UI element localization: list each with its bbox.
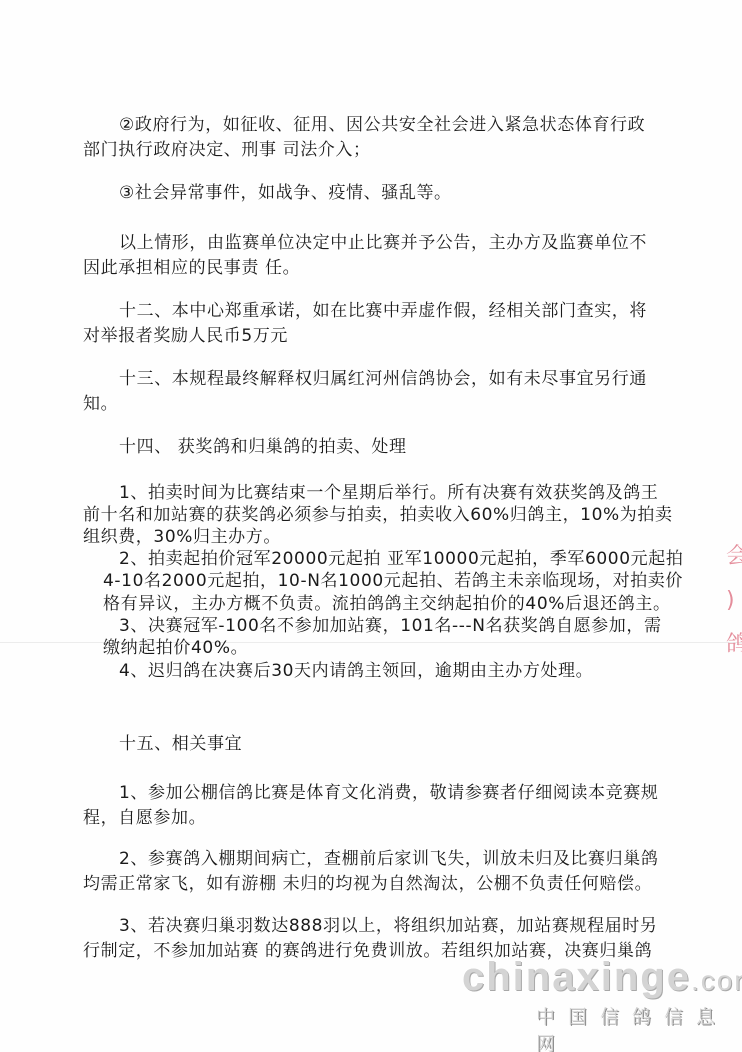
- stamp-glyph: 会: [726, 535, 742, 579]
- text-line: 4、迟归鸽在决赛后30天内请鸽主领回，逾期由主办方处理。: [119, 660, 593, 682]
- text-line: 程，自愿参加。: [83, 807, 206, 829]
- stamp-glyph: ): [726, 579, 742, 623]
- text-line: 因此承担相应的民事责 任。: [83, 257, 300, 279]
- text-line: 格有异议，主办方概不负责。流拍鸽鸽主交纳起拍价的40%后退还鸽主。: [103, 593, 671, 615]
- watermark-domain-suffix: .com: [691, 965, 742, 996]
- text-line: 对举报者奖励人民币5万元: [83, 325, 288, 347]
- text-line: 1、参加公棚信鸽比赛是体育文化消费，敬请参赛者仔细阅读本竞赛规: [119, 782, 658, 804]
- text-line: 1、拍卖时间为比赛结束一个星期后举行。所有决赛有效获奖鸽及鸽王: [119, 482, 658, 504]
- text-line: 2、参赛鸽入棚期间病亡，查棚前后家训飞失，训放未归及比赛归巢鸽: [119, 848, 658, 870]
- watermark-domain-main: chinaxinge: [462, 955, 691, 999]
- document-page: ②政府行为，如征收、征用、因公共安全社会进入紧急状态体育行政部门执行政府决定、刑…: [0, 0, 742, 1052]
- text-line: 3、若决赛归巢羽数达888羽以上，将组织加站赛，加站赛规程届时另: [119, 915, 657, 937]
- text-line: 组织费，30%归主办方。: [83, 526, 281, 548]
- text-line: 以上情形，由监赛单位决定中止比赛并予公告，主办方及监赛单位不: [119, 232, 647, 254]
- text-line: 3、决赛冠军-100名不参加加站赛，101名---N名获奖鸽自愿参加，需: [119, 615, 662, 637]
- text-line: 十三、本规程最终解释权归属红河州信鸽协会，如有未尽事宜另行通: [119, 368, 647, 390]
- red-seal-stamp: 会 ) 鸽: [726, 535, 742, 675]
- watermark-site-name: 中国信鸽信息网: [536, 1002, 742, 1052]
- text-line: 前十名和加站赛的获奖鸽必须参与拍卖，拍卖收入60%归鸽主，10%为拍卖: [83, 504, 673, 526]
- stamp-glyph: 鸽: [726, 623, 742, 667]
- text-line: 2、拍卖起拍价冠军20000元起拍 亚军10000元起拍，季军6000元起拍: [119, 548, 683, 570]
- text-line: 十四、 获奖鸽和归巢鸽的拍卖、处理: [119, 436, 407, 458]
- text-line: 均需正常家飞，如有游棚 未归的均视为自然淘汰，公棚不负责任何赔偿。: [83, 873, 652, 895]
- text-line: 缴纳起拍价40%。: [103, 637, 248, 659]
- text-line: 4-10名2000元起拍，10-N名1000元起拍、若鸽主未亲临现场，对拍卖价: [103, 570, 683, 592]
- text-line: ③社会异常事件，如战争、疫情、骚乱等。: [119, 182, 452, 204]
- text-line: 十五、相关事宜: [119, 733, 242, 755]
- watermark-domain: chinaxinge.com: [462, 955, 742, 1000]
- text-line: 知。: [83, 393, 118, 415]
- text-line: 部门执行政府决定、刑事 司法介入；: [83, 139, 371, 161]
- text-line: ②政府行为，如征收、征用、因公共安全社会进入紧急状态体育行政: [119, 114, 645, 136]
- text-line: 十二、本中心郑重承诺，如在比赛中弄虚作假，经相关部门查实，将: [119, 300, 647, 322]
